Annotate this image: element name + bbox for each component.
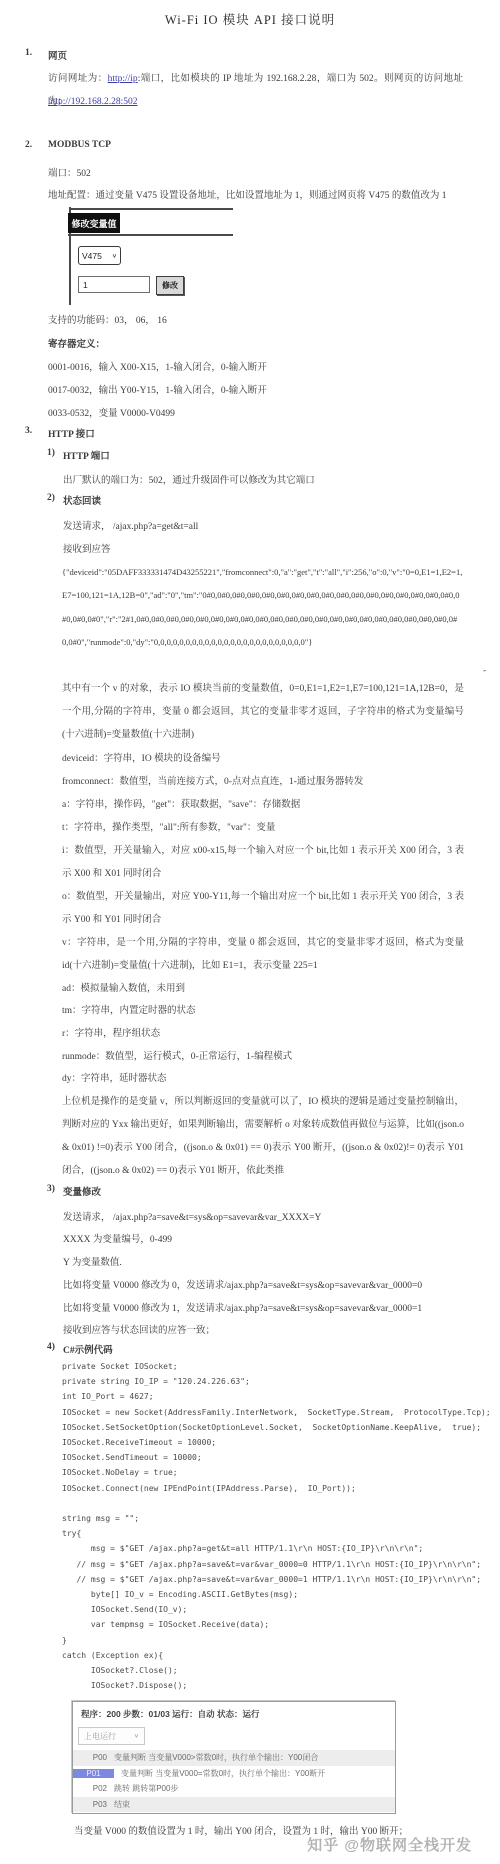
savevar-example-0: 比如将变量 V0000 修改为 0，发送请求/ajax.php?a=save&t… xyxy=(63,1275,465,1298)
field-a: a：字符串，操作码，"get"：获取数据，"save"：存储数据 xyxy=(62,794,464,817)
function-codes-line: 支持的功能码：03， 06， 16 xyxy=(48,310,167,333)
response-label: 接收到应答 xyxy=(63,539,111,562)
register-definition-heading: 寄存器定义： xyxy=(48,334,105,357)
sub-1-number: 1) xyxy=(47,448,55,458)
program-status-header: 程序：200 步数：01/03 运行：自动 状态：运行 xyxy=(81,1708,260,1720)
sub-1-title: HTTP 端口 xyxy=(63,448,110,462)
register-line-1: 0001-0016，输入 X00-X15，1-输入闭合，0-输入断开 xyxy=(48,357,267,380)
example-url-line: http://192.168.2.28:502 xyxy=(48,91,137,114)
step-text: 跳转 跳转第P00步 xyxy=(114,1783,395,1794)
savevar-response-note: 接收到应答与状态回读的应答一致； xyxy=(63,1320,215,1343)
step-text: 变量判断 当变量V000>常数0时，执行单个输出：Y00闭合 xyxy=(114,1752,395,1763)
section-2-number: 2. xyxy=(25,140,32,150)
field-dy: dy：字符串，延时器状态 xyxy=(62,1068,464,1091)
sub-4-title: C#示例代码 xyxy=(63,1342,113,1356)
field-v: v：字符串，是一个用,分隔的字符串，变量 0 都会返回，其它的变量非零才返回，格… xyxy=(62,932,464,978)
csharp-code-block: private Socket IOSocket; private string … xyxy=(62,1359,472,1693)
program-step-row[interactable]: P03 结束 xyxy=(73,1797,395,1813)
response-note-1: 其中有一个 v 的对象，表示 IO 模块当前的变量数值，0=0,E1=1,E2=… xyxy=(62,678,464,747)
response-json-text: {"deviceid":"05DAFF333331474D43255221","… xyxy=(62,561,463,654)
field-t: t：字符串，操作类型，"all":所有参数，"var"：变量 xyxy=(62,817,464,840)
sub-3-number: 3) xyxy=(47,1184,55,1194)
chevron-down-icon: ∨ xyxy=(112,252,117,258)
section-1-number: 1. xyxy=(25,48,32,58)
step-id: P03 xyxy=(73,1800,114,1809)
field-i: i：数值型，开关量输入，对应 x00-x15,每一个输入对应一个 bit,比如 … xyxy=(62,840,464,886)
program-step-row-selected[interactable]: P01 变量判断 当变量V000=常数0时，执行单个输出：Y00断开 xyxy=(73,1766,395,1782)
ip-url-link[interactable]: http://ip xyxy=(108,74,138,84)
step-text: 变量判断 当变量V000=常数0时，执行单个输出：Y00断开 xyxy=(114,1768,395,1779)
program-step-row[interactable]: P02 跳转 跳转第P00步 xyxy=(73,1781,395,1797)
variable-select[interactable]: V475 ∨ xyxy=(78,246,121,265)
step-id: P00 xyxy=(73,1753,114,1762)
section-3-number: 3. xyxy=(25,426,32,436)
field-o: o：数值型，开关量输出，对应 Y00-Y11,每一个输出对应一个 bit,比如 … xyxy=(62,886,464,932)
widget-divider-line xyxy=(68,234,233,236)
savevar-example-1: 比如将变量 V0000 修改为 1，发送请求/ajax.php?a=save&t… xyxy=(63,1298,465,1321)
section-1-title: 网页 xyxy=(48,48,67,62)
sub-2-number: 2) xyxy=(47,493,55,503)
sub-1-paragraph: 出厂默认的端口为：502，通过升级固件可以修改为其它端口 xyxy=(63,470,465,493)
sub-4-number: 4) xyxy=(47,1342,55,1352)
register-line-3: 0033-0532，变量 V0000-V0499 xyxy=(48,403,175,426)
savevar-request-line: 发送请求， /ajax.php?a=save&t=sys&op=savevar&… xyxy=(63,1207,321,1230)
step-id: P01 xyxy=(73,1769,114,1778)
program-screenshot: 程序：200 步数：01/03 运行：自动 状态：运行 上电运行 ∨ P00 变… xyxy=(72,1701,396,1814)
modbus-address-line: 地址配置：通过变量 V475 设置设备地址，比如设置地址为 1，则通过网页将 V… xyxy=(48,185,463,208)
section-2-title: MODBUS TCP xyxy=(48,140,111,150)
register-line-2: 0017-0032，输出 Y00-Y15，1-输入闭合，0-输入断开 xyxy=(48,380,267,403)
field-deviceid: deviceid：字符串，IO 模块的设备编号 xyxy=(62,748,464,771)
step-text: 结束 xyxy=(114,1799,395,1810)
field-ad: ad：模拟量输入数值，未用到 xyxy=(62,978,464,1001)
sub-3-title: 变量修改 xyxy=(63,1184,101,1198)
field-runmode: runmode：数值型，运行模式，0-正常运行，1-编程模式 xyxy=(62,1046,464,1069)
field-tm: tm：字符串，内置定时器的状态 xyxy=(62,1000,464,1023)
variable-value-input[interactable] xyxy=(78,276,150,293)
stray-dash-mark: - xyxy=(483,660,486,683)
power-on-run-dropdown[interactable]: 上电运行 ∨ xyxy=(78,1727,145,1745)
example-url-link[interactable]: http://192.168.2.28:502 xyxy=(48,97,137,107)
widget-top-border xyxy=(70,208,233,210)
chevron-down-icon: ∨ xyxy=(134,1733,139,1739)
variable-select-value: V475 xyxy=(82,251,102,261)
field-r: r：字符串，程序组状态 xyxy=(62,1023,464,1046)
program-step-list: P00 变量判断 当变量V000>常数0时，执行单个输出：Y00闭合 P01 变… xyxy=(73,1750,395,1812)
response-note-2: 上位机是操作的是变量 v，所以判断返回的变量就可以了，IO 模块的逻辑是通过变量… xyxy=(62,1091,464,1183)
url-intro-text: 访问网址为： xyxy=(48,74,108,84)
section-3-title: HTTP 接口 xyxy=(48,426,95,440)
edit-variable-tab[interactable]: 修改变量值 xyxy=(68,213,120,233)
savevar-xxxx-line: XXXX 为变量编号，0-499 xyxy=(63,1229,172,1252)
program-step-row[interactable]: P00 变量判断 当变量V000>常数0时，执行单个输出：Y00闭合 xyxy=(73,1750,395,1766)
modbus-port-line: 端口：502 xyxy=(48,163,91,186)
sub-2-title: 状态回读 xyxy=(63,493,101,507)
page-title: Wi-Fi IO 模块 API 接口说明 xyxy=(0,10,500,28)
modify-button[interactable]: 修改 xyxy=(156,276,184,295)
step-id: P02 xyxy=(73,1784,114,1793)
status-request-line: 发送请求， /ajax.php?a=get&t=all xyxy=(63,516,198,539)
zhihu-watermark: 知乎 @物联网全栈开发 xyxy=(307,1834,472,1855)
field-fromconnect: fromconnect：数值型，当前连接方式，0-点对点直连，1-通过服务器转发 xyxy=(62,771,464,794)
power-on-run-value: 上电运行 xyxy=(84,1731,116,1742)
savevar-y-line: Y 为变量数值. xyxy=(63,1252,122,1275)
